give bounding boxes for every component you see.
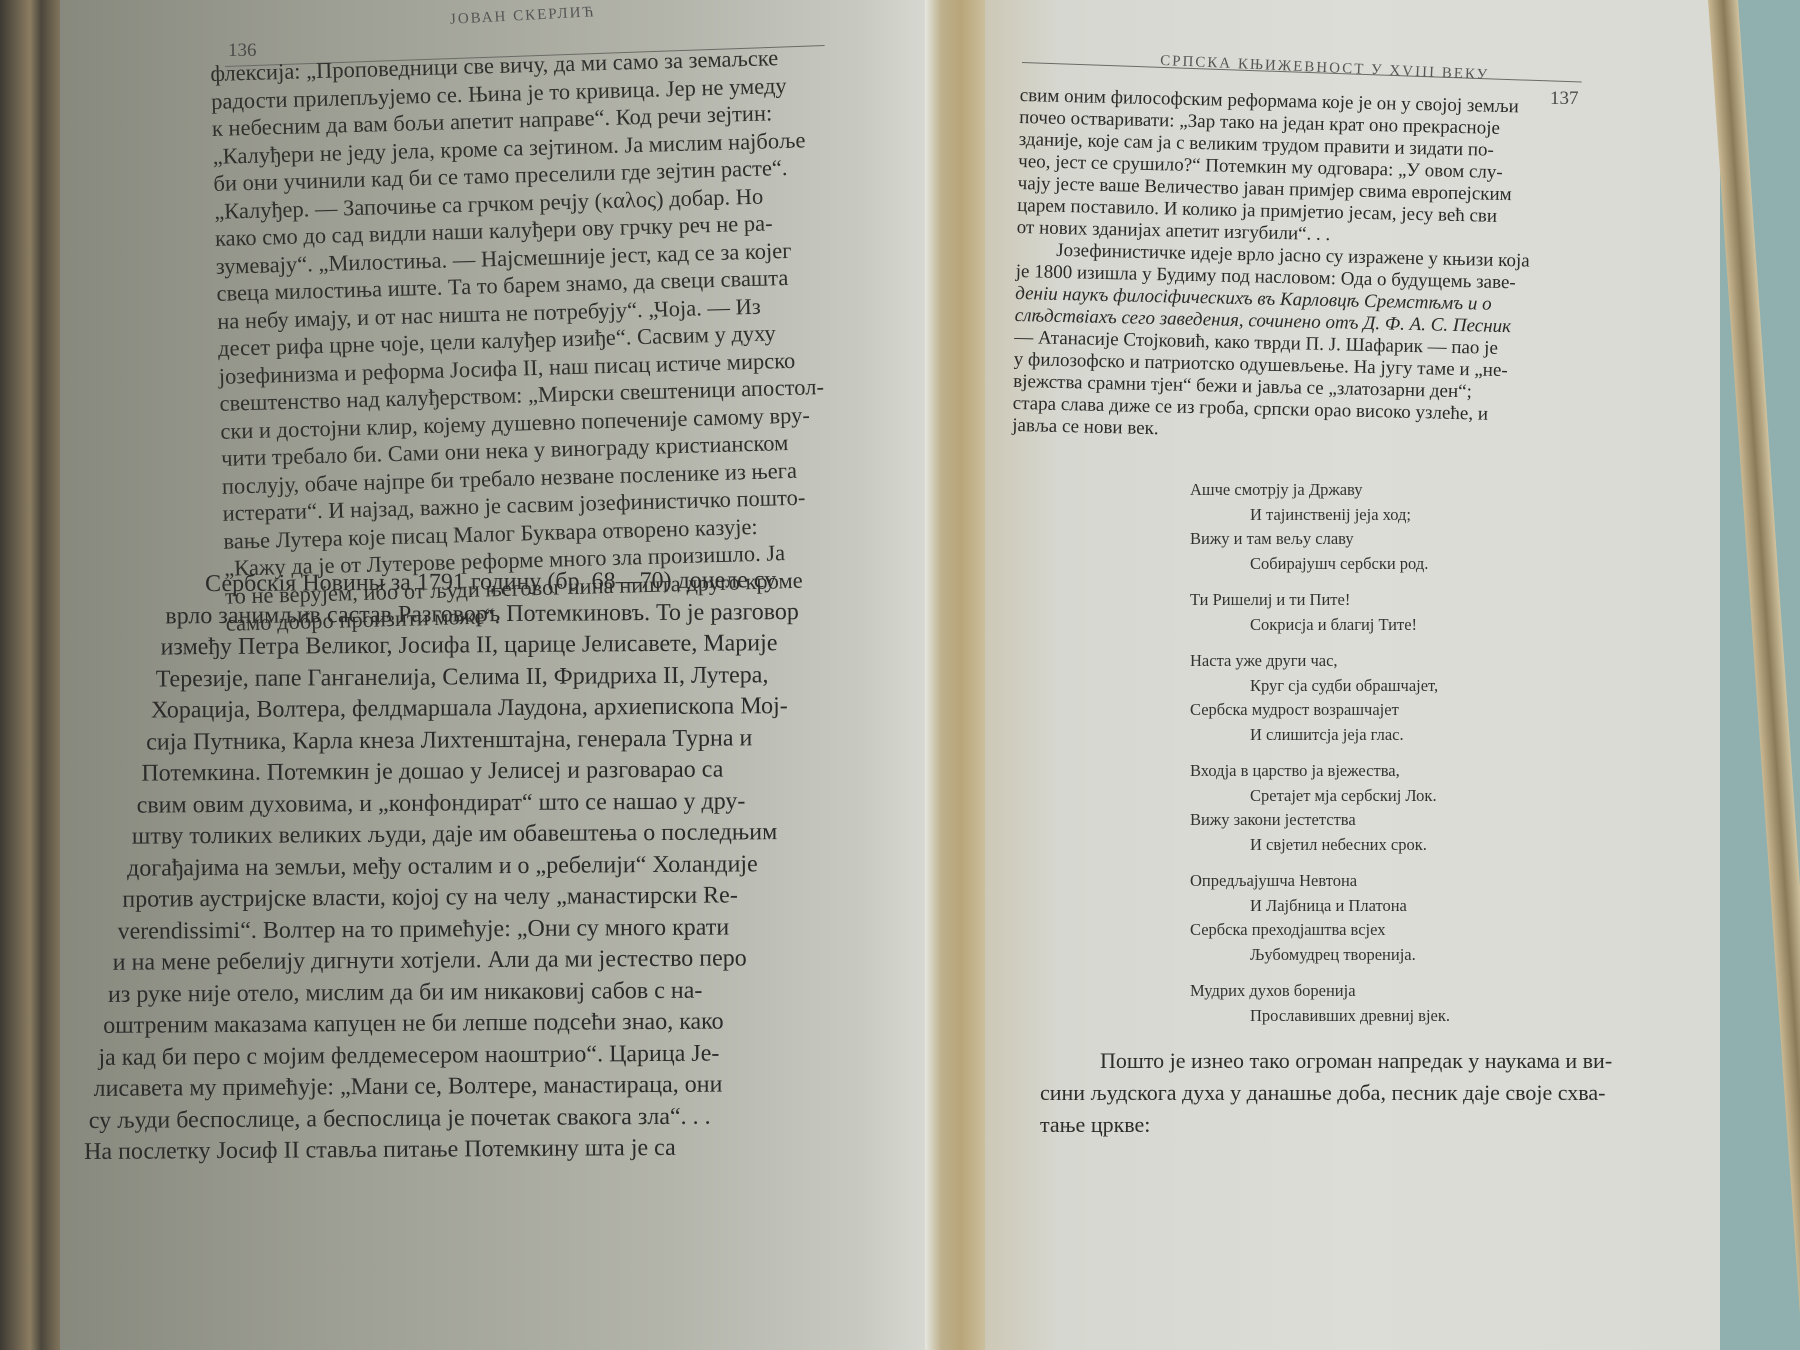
poem-excerpt: Ашче смотрју ја Државу И тајинственij је… [1190,478,1450,1040]
poem-line: Мудрих духов боренија [1190,979,1450,1004]
text-line: сија Путника, Карла кнеза Лихтенштајна, … [81,722,821,759]
poem-stanza: Входја в царство ја вјежества, Сретајет … [1190,759,1450,857]
closing-paragraph: Пошто је изнео тако огроман напредак у н… [1040,1045,1730,1141]
poem-line: Сокрисја и благиј Тите! [1190,613,1450,638]
poem-stanza: Мудрих духов боренија Прославивших древн… [1190,979,1450,1028]
text-line: су људи беспослице, а беспослица је поче… [84,1100,824,1137]
poem-stanza: Наста уже други час, Круг сја судби обра… [1190,649,1450,747]
text-line: ја кад би перо с мојим фелдемесером наош… [83,1037,823,1074]
poem-line: Сербска преходјаштва всјех [1190,918,1450,943]
poem-line: Круг сја судби обрашчајет, [1190,674,1450,699]
text-line: тање цркве: [1040,1109,1730,1141]
book-gutter [925,0,990,1350]
text-line: догађајима на земљи, међу осталим и о „р… [82,848,822,885]
text-line: лисавета му примећује: „Мани се, Волтере… [84,1069,824,1106]
poem-line: И тајинственij јеја ход; [1190,503,1450,528]
left-page-body-upper: флексија: „Проповедници све вичу, да ми … [210,43,846,638]
text-line: врло занимљив састав Разговоръ Потемкино… [80,596,820,633]
poem-line: Наста уже други час, [1190,649,1450,674]
poem-line: Љубомудрец творенија. [1190,943,1450,968]
poem-line: Сретајет мја сербскиј Лок. [1190,784,1450,809]
text-line: Сербскія Новины за 1791 годину (бр. 68—7… [80,565,820,602]
text-line: На послетку Јосиф II ставља питање Потем… [84,1132,824,1169]
poem-stanza: Ашче смотрју ја Државу И тајинственij је… [1190,478,1450,576]
text-line: сини људскога духа у данашње доба, песни… [1040,1077,1730,1109]
text-line: verendissimi“. Волтер на то примећује: „… [82,911,822,948]
text-line: Пошто је изнео тако огроман напредак у н… [1040,1045,1730,1077]
text-line: оштреним маказама капуцен не би лепше по… [83,1006,823,1043]
poem-line: Ти Ришелиј и ти Пите! [1190,588,1450,613]
right-page-body: свим оним философским реформама које је … [1012,85,1580,450]
book-page-edges-right [1708,0,1800,1350]
text-line: против аустријске власти, којој су на че… [82,880,822,917]
text-line: свим овим духовима, и „конфондират“ што … [82,785,822,822]
poem-line: И слишитсја јеја глас. [1190,723,1450,748]
poem-line: И Лајбница и Платона [1190,894,1450,919]
poem-line: Прославивших древниј вјек. [1190,1004,1450,1029]
poem-line: Сербска мудрост возрашчајет [1190,698,1450,723]
text-line: Хорација, Волтера, фелдмаршала Лаудона, … [81,691,821,728]
poem-line: Вижу закони јестетства [1190,808,1450,833]
left-page-body-lower: Сербскія Новины за 1791 годину (бр. 68—7… [80,565,824,1169]
poem-line: Ашче смотрју ја Државу [1190,478,1450,503]
open-book: ЈОВАН СКЕРЛИЋ 136 флексија: „Проповедниц… [0,0,1800,1350]
poem-line: Входја в царство ја вјежества, [1190,759,1450,784]
poem-line: Вижу и там вељу славу [1190,527,1450,552]
poem-stanza: Опредљајушча Невтона И Лајбница и Платон… [1190,869,1450,967]
poem-line: Собирајушч сербски род. [1190,552,1450,577]
poem-line: И свјетил небесних срок. [1190,833,1450,858]
text-line: Терезије, папе Ганганелија, Селима II, Ф… [81,659,821,696]
text-line: штву толиких великих људи, даје им обаве… [82,817,822,854]
poem-line: Опредљајушча Невтона [1190,869,1450,894]
poem-stanza: Ти Ришелиј и ти Пите! Сокрисја и благиј … [1190,588,1450,637]
text-line: и на мене ребелију дигнути хотјели. Али … [83,943,823,980]
text-line: из руке није отело, мислим да би им ника… [83,974,823,1011]
text-line: Потемкина. Потемкин је дошао у Јелисеј и… [81,754,821,791]
text-line: између Петра Великог, Јосифа II, царице … [80,628,820,665]
